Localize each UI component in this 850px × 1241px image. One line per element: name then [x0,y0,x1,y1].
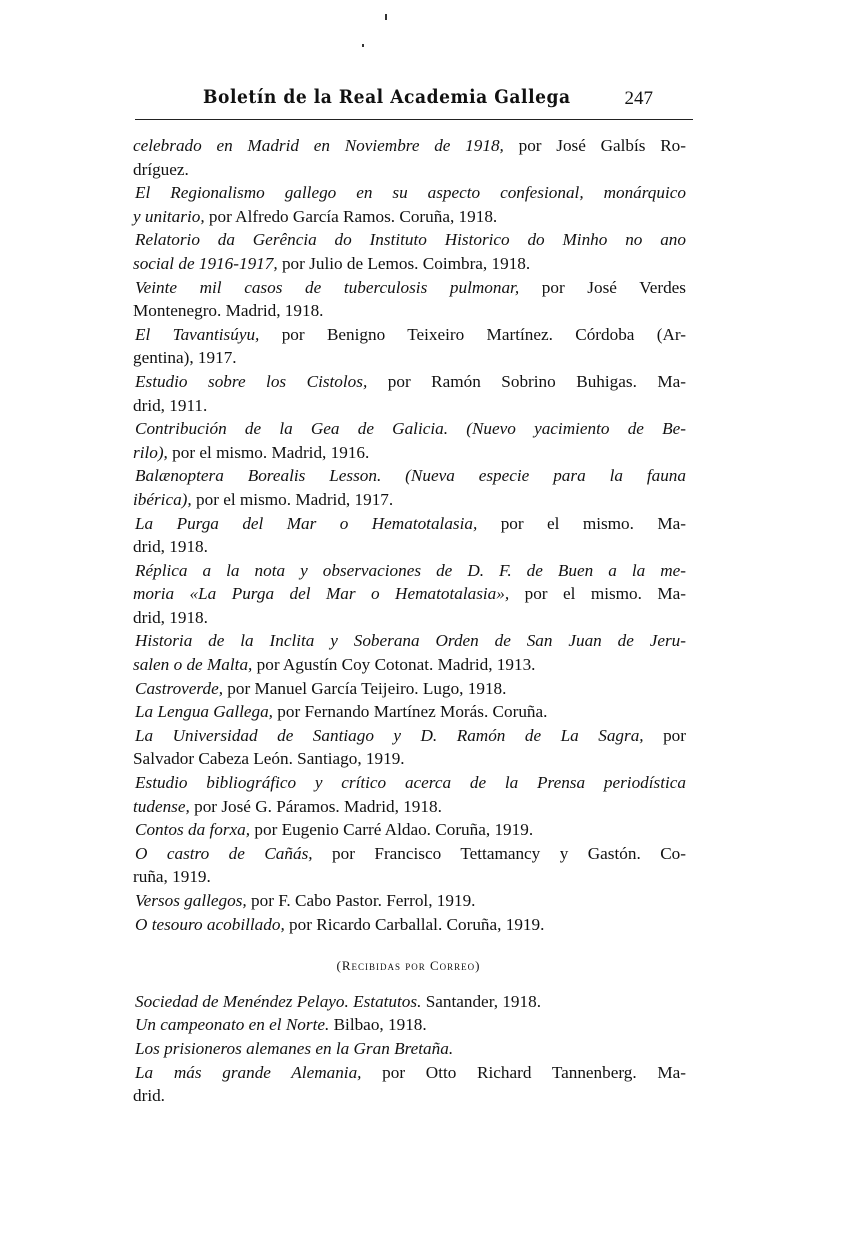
entry-line: Un campeonato en el Norte. Bilbao, 1918. [131,1013,686,1037]
entry-line: drid. [131,1084,686,1108]
entry-title: celebrado en Madrid en Noviembre de 1918… [133,136,504,155]
entry-line: drid, 1918. [131,606,686,630]
bibliography-entry: La Universidad de Santiago y D. Ramón de… [131,724,686,771]
entry-title: La Purga del Mar o Hematotalasia, [135,514,477,533]
entry-line: Balænoptera Borealis Lesson. (Nueva espe… [131,464,686,488]
bibliography-entry: Contribución de la Gea de Galicia. (Nuev… [131,417,686,464]
entry-title: Historia de la Inclita y Soberana Orden … [135,631,686,650]
entry-imprint: por Julio de Lemos. Coimbra, 1918. [278,254,531,273]
entry-line: ibérica), por el mismo. Madrid, 1917. [131,488,686,512]
entry-title: Estudio sobre los Cistolos, [135,372,367,391]
mail-publications: Sociedad de Menéndez Pelayo. Estatutos. … [131,990,686,1108]
entry-title: La Universidad de Santiago y D. Ramón de… [135,726,644,745]
bibliography-entry: Historia de la Inclita y Soberana Orden … [131,629,686,676]
entry-line: Estudio bibliográfico y crítico acerca d… [131,771,686,795]
entry-imprint: por José Verdes [519,278,686,297]
entry-imprint: Bilbao, 1918. [329,1015,426,1034]
entry-line: drid, 1911. [131,394,686,418]
entry-line: Castroverde, por Manuel García Teijeiro.… [131,677,686,701]
running-title: Boletín de la Real Academia Gallega [203,86,571,108]
bibliography-entry: Réplica a la nota y observaciones de D. … [131,559,686,630]
entry-title: Un campeonato en el Norte. [135,1015,329,1034]
entry-line: ruña, 1919. [131,865,686,889]
entry-line: tudense, por José G. Páramos. Madrid, 19… [131,795,686,819]
scan-speck [385,14,387,20]
entry-line: Contos da forxa, por Eugenio Carré Aldao… [131,818,686,842]
entry-line: Montenegro. Madrid, 1918. [131,299,686,323]
entry-imprint: por José Galbís Ro- [504,136,686,155]
entry-line: rilo), por el mismo. Madrid, 1916. [131,441,686,465]
entry-title: y unitario, [133,207,205,226]
entry-line: La Universidad de Santiago y D. Ramón de… [131,724,686,748]
entry-title: rilo), [133,443,168,462]
entry-imprint: por [644,726,686,745]
entry-line: dríguez. [131,158,686,182]
entry-line: moria «La Purga del Mar o Hematotalasia»… [131,582,686,606]
bibliography-entry: La más grande Alemania, por Otto Richard… [131,1061,686,1108]
entry-title: tudense, [133,797,190,816]
entry-imprint: por el mismo. Ma- [477,514,686,533]
entry-title: La Lengua Gallega, [135,702,273,721]
entry-title: Contos da forxa, [135,820,250,839]
bibliography-entry: O castro de Cañás, por Francisco Tettama… [131,842,686,889]
bibliography-entry: Estudio sobre los Cistolos, por Ramón So… [131,370,686,417]
entry-imprint: por Otto Richard Tannenberg. Ma- [361,1063,686,1082]
entry-imprint: por José G. Páramos. Madrid, 1918. [190,797,442,816]
entry-imprint: por Fernando Martínez Morás. Coruña. [273,702,547,721]
entry-imprint: por Francisco Tettamancy y Gastón. Co- [313,844,686,863]
entry-imprint: Salvador Cabeza León. Santiago, 1919. [133,749,405,768]
entry-imprint: Santander, 1918. [421,992,541,1011]
bibliography-entry: Balænoptera Borealis Lesson. (Nueva espe… [131,464,686,511]
entry-line: El Tavantisúyu, por Benigno Teixeiro Mar… [131,323,686,347]
entry-imprint: drid, 1918. [133,537,208,556]
entry-imprint: por el mismo. Madrid, 1916. [168,443,369,462]
page-number: 247 [625,88,654,110]
entry-title: Versos gallegos, [135,891,247,910]
entry-line: drid, 1918. [131,535,686,559]
bibliography-entry: Relatorio da Gerência do Instituto Histo… [131,228,686,275]
section-heading: (Recibidas por Correo) [131,954,686,980]
entry-imprint: por el mismo. Ma- [509,584,686,603]
entry-imprint: por el mismo. Madrid, 1917. [192,490,393,509]
entry-title: El Regionalismo gallego en su aspecto co… [135,183,686,202]
entry-line: Réplica a la nota y observaciones de D. … [131,559,686,583]
entry-line: O castro de Cañás, por Francisco Tettama… [131,842,686,866]
entry-imprint: por Ramón Sobrino Buhigas. Ma- [367,372,686,391]
entry-line: Versos gallegos, por F. Cabo Pastor. Fer… [131,889,686,913]
entry-line: celebrado en Madrid en Noviembre de 1918… [131,134,686,158]
entry-imprint: por Agustín Coy Cotonat. Madrid, 1913. [252,655,535,674]
bibliography-entry: La Purga del Mar o Hematotalasia, por el… [131,512,686,559]
header-rule [135,119,693,120]
entry-imprint: por Eugenio Carré Aldao. Coruña, 1919. [250,820,533,839]
bibliography-entry: Castroverde, por Manuel García Teijeiro.… [131,677,686,701]
entry-title: moria «La Purga del Mar o Hematotalasia»… [133,584,509,603]
entry-imprint: por F. Cabo Pastor. Ferrol, 1919. [247,891,476,910]
entry-line: La Lengua Gallega, por Fernando Martínez… [131,700,686,724]
entry-imprint: gentina), 1917. [133,348,237,367]
entry-imprint: por Manuel García Teijeiro. Lugo, 1918. [223,679,506,698]
entry-title: salen o de Malta, [133,655,252,674]
entry-title: social de 1916-1917, [133,254,278,273]
bibliography-entry: Estudio bibliográfico y crítico acerca d… [131,771,686,818]
entry-line: El Regionalismo gallego en su aspecto co… [131,181,686,205]
entry-title: Estudio bibliográfico y crítico acerca d… [135,773,686,792]
scan-speck [362,44,364,47]
entry-line: Salvador Cabeza León. Santiago, 1919. [131,747,686,771]
entry-line: Sociedad de Menéndez Pelayo. Estatutos. … [131,990,686,1014]
bibliography-entry: Sociedad de Menéndez Pelayo. Estatutos. … [131,990,686,1014]
entry-line: salen o de Malta, por Agustín Coy Cotona… [131,653,686,677]
entry-title: Sociedad de Menéndez Pelayo. Estatutos. [135,992,421,1011]
entry-title: O castro de Cañás, [135,844,313,863]
entry-line: Los prisioneros alemanes en la Gran Bret… [131,1037,686,1061]
entry-title: Los prisioneros alemanes en la Gran Bret… [135,1039,453,1058]
bibliography-list: celebrado en Madrid en Noviembre de 1918… [131,134,686,1108]
entry-title: Contribución de la Gea de Galicia. (Nuev… [135,419,686,438]
bibliography-entry: Un campeonato en el Norte. Bilbao, 1918. [131,1013,686,1037]
entry-line: Relatorio da Gerência do Instituto Histo… [131,228,686,252]
running-header: Boletín de la Real Academia Gallega 247 [133,86,693,116]
entry-imprint: por Ricardo Carballal. Coruña, 1919. [285,915,545,934]
bibliography-entry: Versos gallegos, por F. Cabo Pastor. Fer… [131,889,686,913]
bibliography-entry: El Regionalismo gallego en su aspecto co… [131,181,686,228]
entry-title: Réplica a la nota y observaciones de D. … [135,561,686,580]
bibliography-entry: Los prisioneros alemanes en la Gran Bret… [131,1037,686,1061]
entry-imprint: ruña, 1919. [133,867,211,886]
entry-imprint: drid. [133,1086,165,1105]
entry-title: La más grande Alemania, [135,1063,361,1082]
bibliography-entry: El Tavantisúyu, por Benigno Teixeiro Mar… [131,323,686,370]
entry-line: La Purga del Mar o Hematotalasia, por el… [131,512,686,536]
entry-title: El Tavantisúyu, [135,325,259,344]
entry-title: Balænoptera Borealis Lesson. (Nueva espe… [135,466,686,485]
entry-imprint: drid, 1918. [133,608,208,627]
entry-title: ibérica), [133,490,192,509]
entry-imprint: por Alfredo García Ramos. Coruña, 1918. [205,207,498,226]
entry-line: La más grande Alemania, por Otto Richard… [131,1061,686,1085]
bibliography-entry: O tesouro acobillado, por Ricardo Carbal… [131,913,686,937]
entry-title: Relatorio da Gerência do Instituto Histo… [135,230,686,249]
entry-title: Veinte mil casos de tuberculosis pulmona… [135,278,519,297]
received-publications: celebrado en Madrid en Noviembre de 1918… [131,134,686,936]
bibliography-entry: celebrado en Madrid en Noviembre de 1918… [131,134,686,181]
entry-line: O tesouro acobillado, por Ricardo Carbal… [131,913,686,937]
bibliography-entry: Veinte mil casos de tuberculosis pulmona… [131,276,686,323]
entry-line: Contribución de la Gea de Galicia. (Nuev… [131,417,686,441]
entry-imprint: dríguez. [133,160,189,179]
document-page: Boletín de la Real Academia Gallega 247 … [0,0,850,1241]
entry-title: O tesouro acobillado, [135,915,285,934]
entry-line: y unitario, por Alfredo García Ramos. Co… [131,205,686,229]
entry-imprint: Montenegro. Madrid, 1918. [133,301,323,320]
entry-line: Veinte mil casos de tuberculosis pulmona… [131,276,686,300]
entry-line: Historia de la Inclita y Soberana Orden … [131,629,686,653]
entry-line: Estudio sobre los Cistolos, por Ramón So… [131,370,686,394]
entry-line: social de 1916-1917, por Julio de Lemos.… [131,252,686,276]
entry-imprint: drid, 1911. [133,396,207,415]
entry-title: Castroverde, [135,679,223,698]
bibliography-entry: Contos da forxa, por Eugenio Carré Aldao… [131,818,686,842]
entry-line: gentina), 1917. [131,346,686,370]
entry-imprint: por Benigno Teixeiro Martínez. Córdoba (… [259,325,686,344]
bibliography-entry: La Lengua Gallega, por Fernando Martínez… [131,700,686,724]
